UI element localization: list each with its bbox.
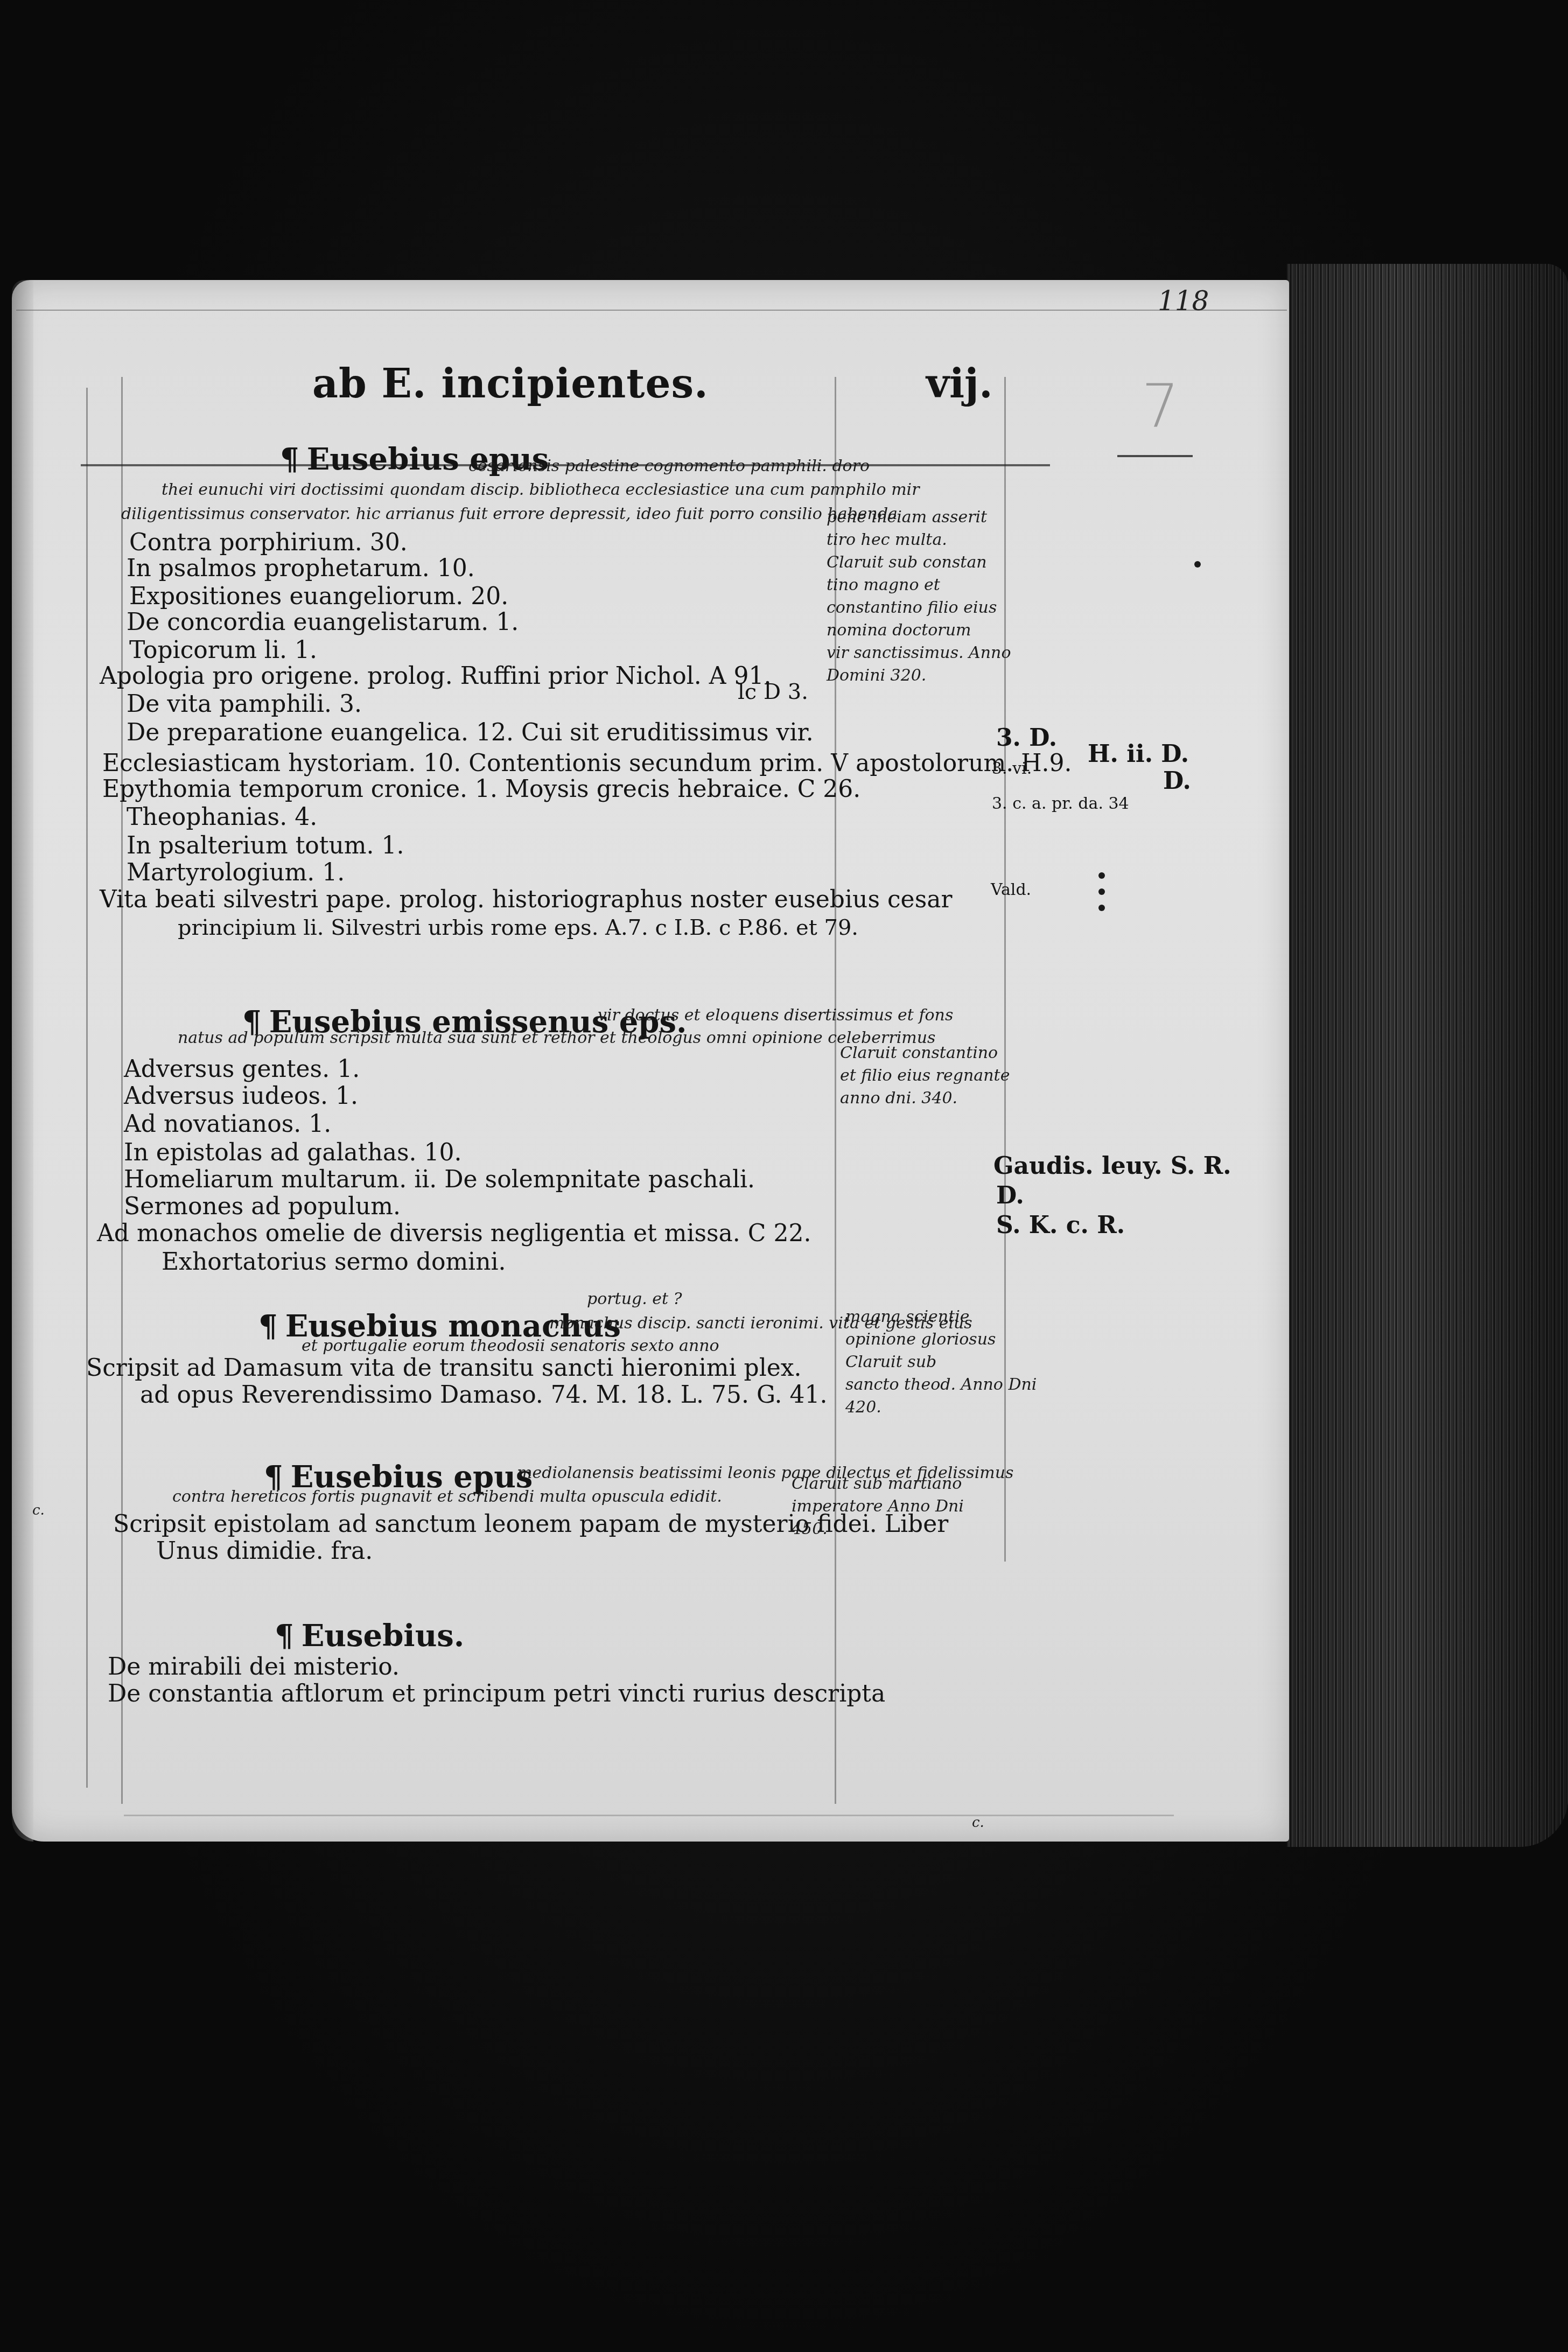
work-line: Epythomia temporum cronice. 1. Moysis gr… — [102, 775, 860, 803]
work-line: Apologia pro origene. prolog. Ruffini pr… — [100, 662, 771, 690]
entry-gloss: et portugalie eorum theodosii senatoris … — [302, 1336, 719, 1355]
pilcrow-icon: ¶ — [258, 1308, 278, 1344]
entry-gloss: thei eunuchi viri doctissimi quondam dis… — [162, 480, 920, 499]
work-line: Ecclesiasticam hystoriam. 10. Contention… — [102, 750, 1072, 777]
shelfmark: H. ii. D. — [1088, 740, 1189, 768]
work-line: Adversus gentes. 1. — [124, 1055, 360, 1083]
work-line: In epistolas ad galathas. 10. — [124, 1139, 461, 1166]
ruling-head-right — [1117, 455, 1193, 457]
pencil-mark: 7 — [1142, 372, 1179, 440]
work-line: De concordia euangelistarum. 1. — [127, 608, 519, 636]
shelfmark: Gaudis. leuy. S. R. — [993, 1152, 1231, 1180]
entry-gloss: vir doctus et eloquens disertissimus et … — [598, 1006, 953, 1025]
book-fore-edge — [1287, 264, 1568, 1847]
work-line: In psalmos prophetarum. 10. — [127, 555, 475, 582]
entry-heading-text: Eusebius. — [302, 1618, 465, 1654]
margin-note: Claruit sub martiano imperatore Anno Dni… — [792, 1473, 964, 1541]
work-line: Vita beati silvestri pape. prolog. histo… — [100, 886, 953, 913]
ruling-top — [16, 310, 1287, 311]
ink-dot — [1098, 888, 1105, 895]
entry-gloss: cesariensis palestine cognomento pamphil… — [468, 457, 870, 475]
work-line: principium li. Silvestri urbis rome eps.… — [178, 915, 858, 940]
entry-gloss: contra hereticos fortis pugnavit et scri… — [172, 1487, 722, 1506]
work-line: De constantia aftlorum et principum petr… — [108, 1680, 885, 1707]
entry-gloss: diligentissimus conservator. hic arrianu… — [121, 505, 898, 523]
running-head-number: vij. — [926, 361, 993, 407]
work-line: Ad monachos omelie de diversis negligent… — [97, 1220, 811, 1247]
work-line: De vita pamphili. 3. — [127, 690, 362, 718]
work-line: Ad novatianos. 1. — [124, 1110, 331, 1138]
stray-mark: c. — [32, 1502, 45, 1518]
work-line: Topicorum li. 1. — [129, 636, 317, 664]
shelfmark: S. K. c. R. — [996, 1212, 1125, 1239]
ink-dot — [1098, 905, 1105, 911]
work-line: Adversus iudeos. 1. — [124, 1082, 358, 1110]
work-line: In psalterium totum. 1. — [127, 832, 404, 859]
work-line: De mirabili dei misterio. — [108, 1653, 400, 1681]
extra-mark: lc D 3. — [738, 680, 808, 704]
pilcrow-icon: ¶ — [280, 442, 299, 477]
work-line: Theophanias. 4. — [127, 803, 317, 831]
work-line: Martyrologium. 1. — [127, 859, 345, 886]
faint-ruling-bottom — [124, 1815, 1174, 1816]
stray-mark: c. — [972, 1815, 984, 1831]
shelfmark: 3. D. — [996, 724, 1057, 752]
ink-dot — [1194, 561, 1201, 568]
shelfmark: Vald. — [991, 880, 1031, 899]
entry-heading: ¶Eusebius. — [275, 1618, 464, 1654]
margin-note: magna scientie opinione gloriosus Clarui… — [845, 1306, 1037, 1419]
shelfmark: 3. vi. — [992, 759, 1032, 778]
entry-superscript: portug. et ? — [587, 1290, 682, 1308]
pilcrow-icon: ¶ — [275, 1618, 294, 1654]
ruling-left-outer — [86, 388, 88, 1788]
shelfmark: 3. c. a. pr. da. 34 — [992, 794, 1129, 813]
work-line: Sermones ad populum. — [124, 1193, 401, 1220]
shelfmark: D. — [1163, 767, 1191, 795]
folio-number: 118 — [1158, 285, 1209, 317]
ruling-left-inner — [121, 377, 123, 1804]
work-line: Exhortatorius sermo domini. — [162, 1248, 506, 1276]
work-line: Contra porphirium. 30. — [129, 529, 408, 556]
running-head: ab E. incipientes. — [312, 361, 709, 407]
work-line: De preparatione euangelica. 12. Cui sit … — [127, 719, 814, 746]
work-line: Unus dimidie. fra. — [156, 1537, 373, 1565]
shelfmark: D. — [996, 1182, 1024, 1209]
work-line: Homeliarum multarum. ii. De solempnitate… — [124, 1166, 755, 1193]
work-line: Scripsit ad Damasum vita de transitu san… — [86, 1354, 802, 1382]
work-line: ad opus Reverendissimo Damaso. 74. M. 18… — [140, 1381, 827, 1409]
margin-note: Claruit constantino et filio eius regnan… — [840, 1042, 1010, 1110]
work-line: Expositiones euangeliorum. 20. — [129, 583, 508, 610]
margin-note: pene ineiam asserit tiro hec multa. Clar… — [827, 506, 1011, 687]
entry-gloss: natus ad populum scripsit multa sua sunt… — [178, 1028, 935, 1047]
ink-dot — [1098, 872, 1105, 879]
